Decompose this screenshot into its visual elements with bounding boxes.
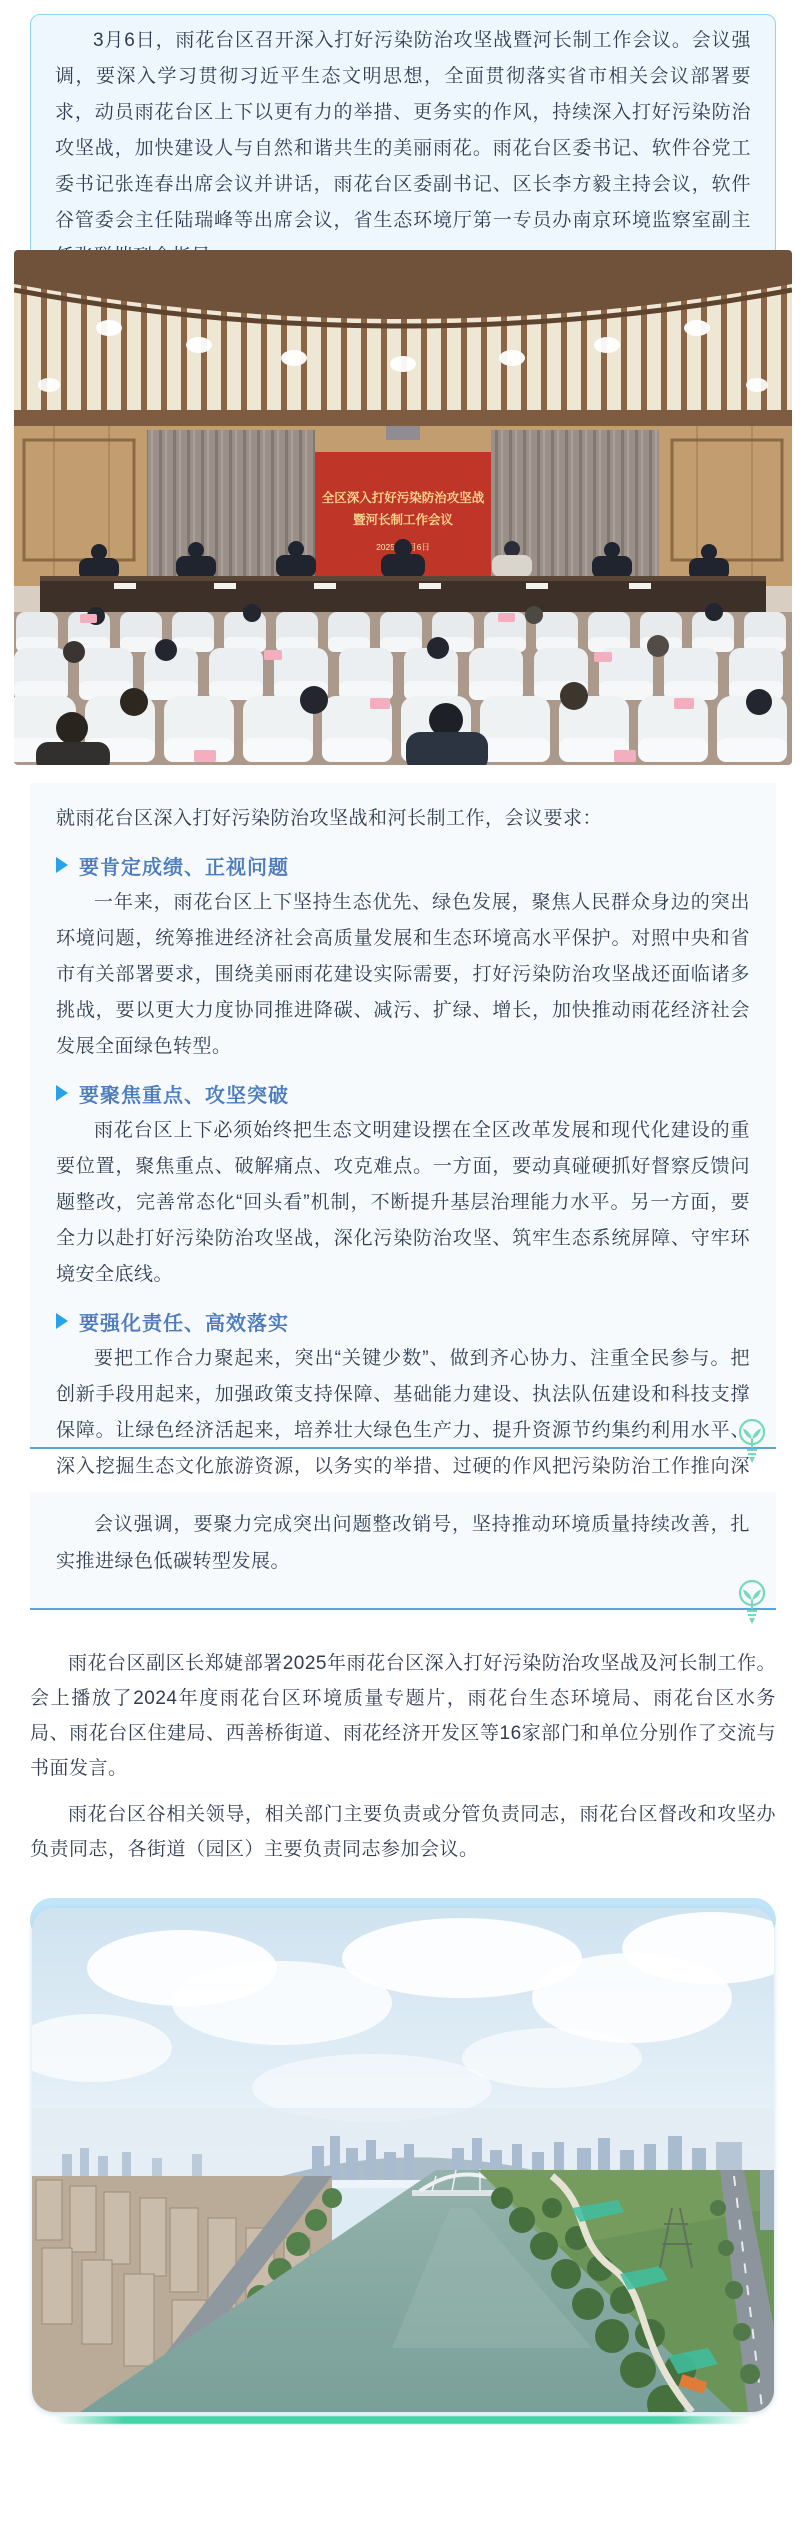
- intro-highlight-box: 3月6日，雨花台区召开深入打好污染防治攻坚战暨河长制工作会议。会议强调，要深入学…: [30, 14, 776, 284]
- right-far-buildings: [760, 2170, 774, 2230]
- emphasis-panel: 会议强调，要聚力完成突出问题整改销号，坚持推动环境质量持续改善，扎实推进绿色低碳…: [30, 1492, 776, 1610]
- intro-paragraph: 3月6日，雨花台区召开深入打好污染防治攻坚战暨河长制工作会议。会议强调，要深入学…: [55, 23, 751, 275]
- play-arrow-icon: [56, 857, 68, 873]
- meeting-audience: [14, 603, 792, 765]
- closing-paragraph-1: 雨花台区副区长郑婕部署2025年雨花台区深入打好污染防治攻坚战及河长制工作。会上…: [30, 1646, 776, 1786]
- requirement-heading-2: 要聚焦重点、攻坚突破: [56, 1082, 750, 1104]
- meeting-ceiling: [14, 250, 792, 426]
- projector: [386, 426, 420, 440]
- play-arrow-icon: [56, 1085, 68, 1101]
- lightbulb-icon: [736, 1417, 768, 1465]
- aerial-photo-illustration: [32, 1908, 774, 2412]
- requirement-title: 要强化责任、高效落实: [79, 1307, 289, 1336]
- requirement-heading-1: 要肯定成绩、正视问题: [56, 854, 750, 876]
- meeting-photo[interactable]: 全区深入打好污染防治攻坚战 暨河长制工作会议 2025年3月6日: [14, 250, 792, 765]
- requirements-intro: 就雨花台区深入打好污染防治攻坚战和河长制工作，会议要求：: [56, 801, 750, 837]
- requirements-panel: 就雨花台区深入打好污染防治攻坚战和河长制工作，会议要求： 要肯定成绩、正视问题 …: [30, 783, 776, 1449]
- aerial-river-photo[interactable]: [32, 1908, 774, 2412]
- requirement-body-1: 一年来，雨花台区上下坚持生态优先、绿色发展，聚焦人民群众身边的突出环境问题，统筹…: [56, 885, 750, 1065]
- requirement-body-2: 雨花台区上下必须始终把生态文明建设摆在全区改革发展和现代化建设的重要位置，聚焦重…: [56, 1113, 750, 1293]
- photo-bottom-accent-line: [54, 2416, 752, 2424]
- lightbulb-icon: [736, 1578, 768, 1626]
- sky: [32, 1908, 774, 2188]
- emphasis-paragraph: 会议强调，要聚力完成突出问题整改销号，坚持推动环境质量持续改善，扎实推进绿色低碳…: [56, 1506, 750, 1580]
- requirement-title: 要聚焦重点、攻坚突破: [79, 1079, 289, 1108]
- requirement-title: 要肯定成绩、正视问题: [79, 851, 289, 880]
- play-arrow-icon: [56, 1313, 68, 1329]
- requirement-heading-3: 要强化责任、高效落实: [56, 1310, 750, 1332]
- meeting-photo-illustration: 全区深入打好污染防治攻坚战 暨河长制工作会议 2025年3月6日: [14, 250, 792, 765]
- article-page: 3月6日，雨花台区召开深入打好污染防治攻坚战暨河长制工作会议。会议强调，要深入学…: [0, 0, 806, 2522]
- banner-line2: 暨河长制工作会议: [353, 512, 454, 527]
- river-photo-card: [30, 1898, 776, 2430]
- closing-paragraph-2: 雨花台区谷相关领导，相关部门主要负责或分管负责同志，雨花台区督改和攻坚办负责同志…: [30, 1797, 776, 1867]
- banner-line1: 全区深入打好污染防治攻坚战: [322, 490, 485, 505]
- closing-section: 雨花台区副区长郑婕部署2025年雨花台区深入打好污染防治攻坚战及河长制工作。会上…: [30, 1646, 776, 1878]
